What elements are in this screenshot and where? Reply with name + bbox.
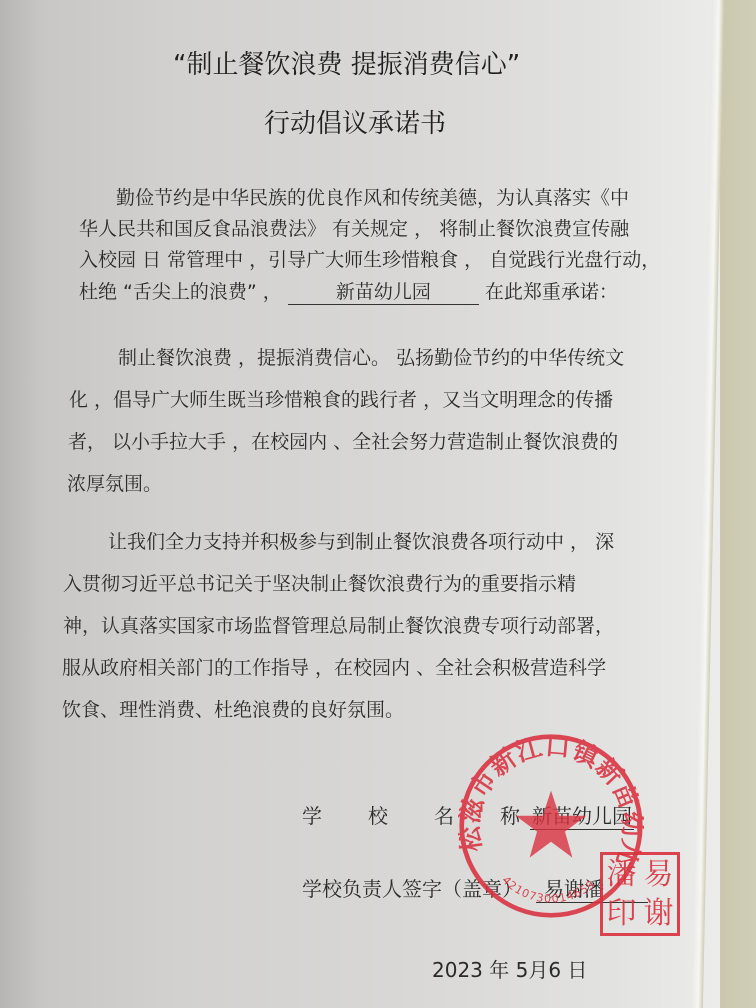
- document-date: 2023 年 5月6 日: [432, 954, 587, 983]
- paragraph-1-line-1: 勤俭节约是中华民族的优良作风和传统美德，为认真落实《中: [116, 183, 629, 210]
- paragraph-3-line-5: 饮食、理性消费、杜绝浪费的良好氛围。: [62, 695, 404, 722]
- name-seal: 潘 易 印 谢: [600, 852, 680, 936]
- document-subtitle: 行动倡议承诺书: [264, 103, 446, 140]
- school-name-label-char: 学: [302, 800, 368, 829]
- name-seal-char: 潘: [603, 855, 640, 894]
- paragraph-1-line-4-suffix: 在此郑重承诺：: [485, 281, 618, 303]
- paragraph-2-line-4: 浓厚氛围。: [67, 469, 162, 496]
- svg-text:4210730014659: 4210730014659: [500, 874, 598, 906]
- seal-star-icon: [516, 791, 587, 858]
- document-title: “制止餐饮浪费 提振消费信心”: [173, 44, 520, 81]
- paragraph-3-line-2: 入贯彻习近平总书记关于坚决制止餐饮浪费行为的重要指示精: [63, 569, 576, 596]
- paragraph-2-line-1: 制止餐饮浪费 ，提振消费信心。 弘扬勤俭节约的中华传统文: [118, 343, 624, 370]
- school-name-blank: 新苗幼儿园: [288, 277, 479, 305]
- seal-code-text: 4210730014659: [500, 874, 598, 906]
- paragraph-3-line-1: 让我们全力支持并积极参与到制止餐饮浪费各项行动中 ， 深: [108, 527, 614, 554]
- paragraph-1-line-3: 入校园 日 常管理中 ，引导广大师生珍惜粮食 ， 自觉践行光盘行动，: [79, 245, 660, 272]
- name-seal-char: 谢: [640, 894, 677, 933]
- paragraph-3-line-4: 服从政府相关部门的工作指导 ，在校园内 、全社会积极营造科学: [62, 653, 606, 680]
- name-seal-char: 易: [640, 855, 677, 894]
- paragraph-1-line-4-prefix: 杜绝 “舌尖上的浪费” ，: [79, 281, 282, 303]
- paragraph-2-line-2: 化 ，倡导广大师生既当珍惜粮食的践行者 ，又当文明理念的传播: [69, 385, 613, 412]
- school-name-label-char: 校: [368, 800, 434, 829]
- name-seal-char: 印: [603, 894, 640, 933]
- paragraph-3-line-3: 神，认真落实国家市场监督管理总局制止餐饮浪费专项行动部署，: [63, 611, 614, 638]
- paragraph-1-line-4: 杜绝 “舌尖上的浪费” ， 新苗幼儿园 在此郑重承诺：: [79, 277, 618, 305]
- paragraph-2-line-3: 者， 以小手拉大手 ，在校园内 、全社会努力营造制止餐饮浪费的: [68, 427, 618, 454]
- paragraph-1-line-2: 华人民共和国反食品浪费法》 有关规定 ， 将制止餐饮浪费宣传融: [79, 214, 629, 241]
